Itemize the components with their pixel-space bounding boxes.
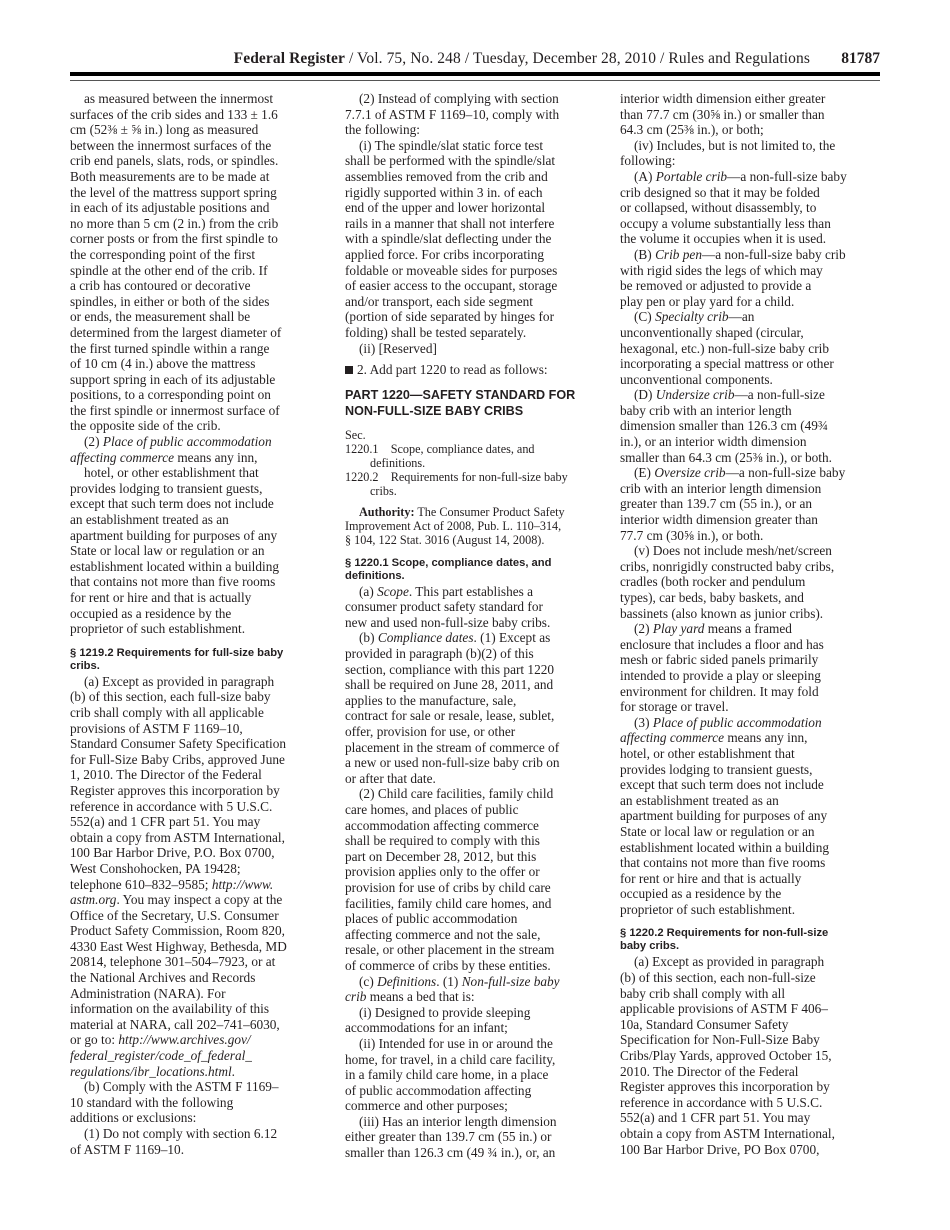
text-line: the first turned spindle within a range [70,341,332,357]
text-line: with rigid sides the legs of which may [620,263,882,279]
authority-citation: Authority: The Consumer Product Safety I… [345,505,607,547]
text-line: obtain a copy from ASTM International, [70,830,332,846]
text-line: cribs, nonrigidly constructed baby cribs… [620,559,882,575]
text-line: for rent or hire and that is actually [70,590,332,606]
text-line: reference in accordance with 5 U.S.C. [620,1095,882,1111]
text-line: an establishment treated as an [70,512,332,528]
text-line: occupy a volume substantially less than [620,216,882,232]
definition-crib-pen: (B) Crib pen—a non-full-size baby crib w… [620,247,882,309]
publication-name: Federal Register [234,50,345,67]
text-line: § 104, 122 Stat. 3016 (August 14, 2008). [345,533,607,547]
text-line: (1) Do not comply with section 6.12 [70,1126,332,1142]
text-line: of public accommodation affecting [345,1083,607,1099]
text-line: following: [620,153,882,169]
text-line: of commerce of cribs by these entities. [345,958,607,974]
column-1: as measured between the innermostsurface… [70,91,332,1157]
definition-iii: (iii) Has an interior length dimensionei… [345,1114,607,1161]
text-line: (b) of this section, each full-size baby [70,689,332,705]
text-line: Both measurements are to be made at [70,169,332,185]
text-line: assemblies removed from the crib and [345,169,607,185]
amendatory-instruction: 2. Add part 1220 to read as follows: [345,362,607,378]
paragraph-1220-2-a: (a) Except as provided in paragraph(b) o… [620,954,882,1157]
text-line: rails in a manner that shall not interfe… [345,216,607,232]
text-line: 552(a) and 1 CFR part 51. You may [620,1110,882,1126]
text-line: 1, 2010. The Director of the Federal [70,767,332,783]
text-line: environment for children. It may fold [620,684,882,700]
text-line: § 1219.2 Requirements for full-size baby [70,647,332,660]
archives-link-cont[interactable]: federal_register/code_of_federal_ [70,1048,332,1064]
text-line: West Conshohocken, PA 19428; [70,861,332,877]
text-line: § 1220.2 Requirements for non-full-size [620,927,882,940]
text-line: shall be required on June 28, 2011, and [345,677,607,693]
definition-iv: (iv) Includes, but is not limited to, th… [620,138,882,169]
text-line: applies to the manufacture, sale, [345,693,607,709]
text-line: information on the availability of this [70,1001,332,1017]
masthead: Federal Register / Vol. 75, No. 248 / Tu… [234,50,810,68]
text-line: greater than 139.7 cm (55 in.), or an [620,496,882,512]
defined-term: affecting commerce [70,450,174,465]
paragraph-definitions: (c) Definitions. (1) Non-full-size baby … [345,974,607,1005]
text-line: NON-FULL-SIZE BABY CRIBS [345,403,607,419]
text-line: commerce and other purposes; [345,1098,607,1114]
text-line: PART 1220—SAFETY STANDARD FOR [345,387,607,403]
text-line: facilities, family child care homes, and [345,896,607,912]
text-line: with a spindle/slat deflecting under the [345,231,607,247]
text-line: Register approves this incorporation by [620,1079,882,1095]
paragraph-place-definition: (2) Place of public accommodation affect… [70,434,332,637]
toc-label: Sec. [345,428,607,442]
text-line: dimension smaller than 126.3 cm (49¾ [620,418,882,434]
header-rule-thin [70,80,880,81]
text-line: (portion of side separated by hinges for [345,309,607,325]
paragraph-compliance-dates-2: (2) Child care facilities, family childc… [345,786,607,973]
text-line: 552(a) and 1 CFR part 51. You may [70,814,332,830]
text-line: Improvement Act of 2008, Pub. L. 110–314… [345,519,607,533]
page-number: 81787 [841,50,880,68]
text-line: and/or transport, each side segment [345,294,607,310]
text-line: between the innermost surfaces of the [70,138,332,154]
text-line: except that such term does not include [70,496,332,512]
text-line: hotel, or other establishment that [620,746,882,762]
authority-label: Authority: [359,505,415,519]
paragraph-1219-2-a: (a) Except as provided in paragraph(b) o… [70,674,332,1079]
paragraph-b2: (2) Instead of complying with section7.7… [345,91,607,138]
text-line: provision applies only to the offer or [345,864,607,880]
text-line: the first spindle or innermost surface o… [70,403,332,419]
text-line: part on December 28, 2012, but this [345,849,607,865]
text-line: Specification for Non-Full-Size Baby [620,1032,882,1048]
text-line: applicable provisions of ASTM F 406– [620,1001,882,1017]
text-line: for Full-Size Baby Cribs, approved June [70,752,332,768]
text-line: additions or exclusions: [70,1110,332,1126]
text-line: care homes, and places of public [345,802,607,818]
text-line: positions, to a corresponding point on [70,387,332,403]
text-line: (2) Instead of complying with section [345,91,607,107]
text-line: apartment building for purposes of any [620,808,882,824]
text-line: contract for sale or resale, lease, subl… [345,708,607,724]
toc-item[interactable]: 1220.2 Requirements for non-full-size ba… [345,470,607,484]
text-line: provides lodging to transient guests, [620,762,882,778]
text-line: unconventionally shaped (circular, [620,325,882,341]
text-line: foldable or moveable sides for purposes [345,263,607,279]
text-line: accommodation affecting commerce [345,818,607,834]
text-line: end of the upper and lower horizontal [345,200,607,216]
archives-link[interactable]: http://www.archives.gov/ [118,1032,250,1047]
text-line: (iv) Includes, but is not limited to, th… [620,138,882,154]
text-line: cm (52⅜ ± ⅝ in.) long as measured [70,122,332,138]
text-line: proprietor of such establishment. [620,902,882,918]
text-line: (iii) Has an interior length dimension [345,1114,607,1130]
section-heading-1220-2: § 1220.2 Requirements for non-full-sizeb… [620,927,882,953]
text-line: in each of its adjustable positions and [70,200,332,216]
text-line: spindles, in either or both of the sides [70,294,332,310]
text-line: 64.3 cm (25⅜ in.), or both; [620,122,882,138]
definition-iii-cont: interior width dimension either greatert… [620,91,882,138]
paragraph-1219-2-b1: (1) Do not comply with section 6.12of AS… [70,1126,332,1157]
text-line: provision for use of cribs by child care [345,880,607,896]
text-line: for storage or travel. [620,699,882,715]
text-line: 20814, telephone 301–504–7923, or at [70,954,332,970]
text-line: crib shall comply with all applicable [70,705,332,721]
text-line: apartment building for purposes of any [70,528,332,544]
text-line: enclosure that includes a floor and has [620,637,882,653]
text-line: crib designed so that it may be folded [620,185,882,201]
text-line: interior width dimension either greater [620,91,882,107]
text-line: play pen or play yard for a child. [620,294,882,310]
text-line: than 77.7 cm (30⅝ in.) or smaller than [620,107,882,123]
running-header: Federal Register / Vol. 75, No. 248 / Tu… [70,48,880,72]
text-line: hexagonal, etc.) non-full-size baby crib [620,341,882,357]
text-line: baby crib shall comply with all [620,986,882,1002]
definition-ii: (ii) Intended for use in or around theho… [345,1036,607,1114]
text-line: smaller than 126.3 cm (49 ¾ in.), or, an [345,1145,607,1161]
definition-oversize-crib: (E) Oversize crib—a non-full-size baby c… [620,465,882,543]
text-line: types), car beds, baby baskets, and [620,590,882,606]
text-line: or after that date. [345,771,607,787]
definition-place-of-public-accommodation: (3) Place of public accommodation affect… [620,715,882,918]
text-line: the following: [345,122,607,138]
text-line: of 10 cm (4 in.) above the mattress [70,356,332,372]
header-rule-thick [70,72,880,76]
text-line: hotel, or other establishment that [70,465,332,481]
text-line: Standard Consumer Safety Specification [70,736,332,752]
text-line: the level of the mattress support spring [70,185,332,201]
astm-link[interactable]: http://www. [212,877,273,892]
text-line: either greater than 139.7 cm (55 in.) or [345,1129,607,1145]
table-of-contents: Sec. 1220.1 Scope, compliance dates, and… [345,428,607,498]
text-line: that contains not more than five rooms [70,574,332,590]
text-line: reference in accordance with 5 U.S.C. [70,799,332,815]
paragraph-crib-dimensions: as measured between the innermostsurface… [70,91,332,434]
paragraph-compliance-dates: (b) Compliance dates. (1) Except as prov… [345,630,607,786]
text-line: occupied as a residence by the [70,606,332,622]
text-line: placement in the stream of commerce of [345,740,607,756]
text-line: State or local law or regulation or an [620,824,882,840]
text-line: baby cribs. [620,940,882,953]
text-line: proprietor of such establishment. [70,621,332,637]
text-line: smaller than 64.3 cm (25⅜ in.), or both. [620,450,882,466]
text-line: an establishment treated as an [620,793,882,809]
text-line: home, for travel, in a child care facili… [345,1052,607,1068]
text-line: in a family child care home, in a place [345,1067,607,1083]
toc-item[interactable]: 1220.1 Scope, compliance dates, and [345,442,607,456]
text-line: provisions of ASTM F 1169–10, [70,721,332,737]
text-line: rigidly supported within 3 in. of each [345,185,607,201]
text-line: the opposite side of the crib. [70,418,332,434]
text-line: that contains not more than five rooms [620,855,882,871]
text-line: provided in paragraph (b)(2) of this [345,646,607,662]
text-line: affecting commerce and not the sale, [345,927,607,943]
paragraph-b2-i: (i) The spindle/slat static force testsh… [345,138,607,341]
text-line: 2010. The Director of the Federal [620,1064,882,1080]
text-line: baby crib with an interior length [620,403,882,419]
text-line: or collapsed, without disassembly, to [620,200,882,216]
text-line: (v) Does not include mesh/net/screen [620,543,882,559]
text-line: Office of the Secretary, U.S. Consumer [70,908,332,924]
text-line: mesh or fabric sided panels primarily [620,652,882,668]
text-line: occupied as a residence by the [620,886,882,902]
column-3: interior width dimension either greatert… [620,91,882,1157]
text-line: places of public accommodation [345,911,607,927]
text-line: § 1220.1 Scope, compliance dates, and [345,557,607,570]
definition-undersize-crib: (D) Undersize crib—a non-full-size baby … [620,387,882,465]
definition-i: (i) Designed to provide sleepingaccommod… [345,1005,607,1036]
definition-specialty-crib: (C) Specialty crib—an unconventionally s… [620,309,882,387]
text-line: the volume it occupies when it is used. [620,231,882,247]
issue-details: / Vol. 75, No. 248 / Tuesday, December 2… [345,50,810,67]
text-line: unconventional components. [620,372,882,388]
definition-portable-crib: (A) Portable crib—a non-full-size baby c… [620,169,882,247]
text-line: crib with an interior length dimension [620,481,882,497]
paragraph-1219-2-b: (b) Comply with the ASTM F 1169–10 stand… [70,1079,332,1126]
text-line: bassinets (also known as junior cribs). [620,606,882,622]
text-line: section, compliance with this part 1220 [345,662,607,678]
part-heading: PART 1220—SAFETY STANDARD FORNON-FULL-SI… [345,387,607,419]
text-line: the National Archives and Records [70,970,332,986]
text-line: offer, provision for use, or other [345,724,607,740]
text-line: (i) Designed to provide sleeping [345,1005,607,1021]
text-line: (2) Child care facilities, family child [345,786,607,802]
defined-term: Place of public accommodation [103,434,272,449]
text-line: obtain a copy from ASTM International, [620,1126,882,1142]
text-line: of easier access to the occupant, storag… [345,278,607,294]
text-line: (a) Except as provided in paragraph [70,674,332,690]
text-line: cribs. [70,660,332,673]
text-line: consumer product safety standard for [345,599,607,615]
text-line: determined from the largest diameter of [70,325,332,341]
text-line: as measured between the innermost [70,91,332,107]
text-line: in.), or an interior width dimension [620,434,882,450]
text-line: shall be required to comply with this [345,833,607,849]
archives-link-cont[interactable]: regulations/ibr_locations.html [70,1064,232,1079]
text-line: a crib has contoured or decorative [70,278,332,294]
column-2: (2) Instead of complying with section7.7… [345,91,607,1161]
text-line: cradles (both rocker and pendulum [620,574,882,590]
square-bullet-icon [345,366,353,374]
text-line: 100 Bar Harbor Drive, PO Box 0700, [620,1142,882,1158]
text-line: or ends, the measurement shall be [70,309,332,325]
text-line: establishment located within a building [620,840,882,856]
text-line: corner posts or from the first spindle t… [70,231,332,247]
text-line: shall be performed with the spindle/slat [345,153,607,169]
text-line: crib end panels, slats, rods, or spindle… [70,153,332,169]
text-line: (b) Comply with the ASTM F 1169– [70,1079,332,1095]
definition-v: (v) Does not include mesh/net/screencrib… [620,543,882,621]
text-line: resale, or other placement in the stream [345,942,607,958]
text-line: (b) of this section, each non-full-size [620,970,882,986]
paragraph-b2-ii: (ii) [Reserved] [345,341,607,357]
text-line: 7.7.1 of ASTM F 1169–10, comply with [345,107,607,123]
text-line: the corresponding point of the first [70,247,332,263]
text-line: 77.7 cm (30⅝ in.), or both. [620,528,882,544]
section-heading-1220-1: § 1220.1 Scope, compliance dates, anddef… [345,557,607,583]
text-line: definitions. [345,570,607,583]
text-line: 4330 East West Highway, Bethesda, MD [70,939,332,955]
text-line: surfaces of the crib sides and 133 ± 1.6 [70,107,332,123]
text-line: (ii) Intended for use in or around the [345,1036,607,1052]
text-line: 10a, Standard Consumer Safety [620,1017,882,1033]
text-line: interior width dimension greater than [620,512,882,528]
text-line: intended to provide a play or sleeping [620,668,882,684]
text-line: of ASTM F 1169–10. [70,1142,332,1158]
section-heading-1219-2: § 1219.2 Requirements for full-size baby… [70,647,332,673]
text-line: Administration (NARA). For [70,986,332,1002]
text-line: Register approves this incorporation by [70,783,332,799]
astm-link-cont[interactable]: astm.org [70,892,116,907]
text-line: Product Safety Commission, Room 820, [70,923,332,939]
text-line: applied force. For cribs incorporating [345,247,607,263]
text-line: spindle at the other end of the crib. If [70,263,332,279]
text-line: provides lodging to transient guests, [70,481,332,497]
text-line: no more than 5 cm (2 in.) from the crib [70,216,332,232]
paragraph-scope: (a) Scope. This part establishes a consu… [345,584,607,631]
text-line: Cribs/Play Yards, approved October 15, [620,1048,882,1064]
text-line: new and used non-full-size baby cribs. [345,615,607,631]
text-line: (i) The spindle/slat static force test [345,138,607,154]
text-line: accommodations for an infant; [345,1020,607,1036]
text-line: folding) shall be tested separately. [345,325,607,341]
text-line: except that such term does not include [620,777,882,793]
text-line: (a) Except as provided in paragraph [620,954,882,970]
text-line: 10 standard with the following [70,1095,332,1111]
text-line: be removed or adjusted to provide a [620,278,882,294]
text-line: 100 Bar Harbor Drive, P.O. Box 0700, [70,845,332,861]
text-line: a new or used non-full-size baby crib on [345,755,607,771]
text-line: establishment located within a building [70,559,332,575]
text-line: support spring in each of its adjustable [70,372,332,388]
text-line: material at NARA, call 202–741–6030, [70,1017,332,1033]
definition-play-yard: (2) Play yard means a framed enclosure t… [620,621,882,715]
text-line: State or local law or regulation or an [70,543,332,559]
text-line: for rent or hire and that is actually [620,871,882,887]
text-line: incorporating a special mattress or othe… [620,356,882,372]
